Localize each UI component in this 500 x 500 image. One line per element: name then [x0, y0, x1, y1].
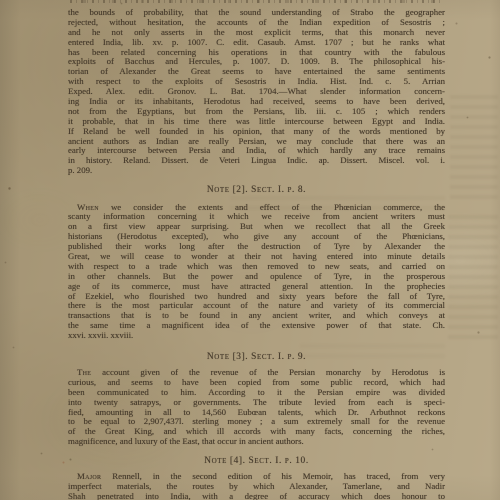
text-column: the bounds of probability, that the soun… — [68, 0, 445, 500]
lead-small-caps-word: The — [77, 367, 91, 377]
note3-heading: Note [3]. Sect. I. p. 9. — [68, 352, 445, 363]
note1-continued-paragraph: the bounds of probability, that the soun… — [68, 8, 445, 176]
text-line: in history. Reland. Dissert. de Veteri L… — [68, 156, 445, 166]
dust-specks — [0, 0, 1, 1]
scanned-book-page: the bounds of probability, that the soun… — [0, 0, 500, 500]
show-through-ghost-text — [448, 215, 498, 345]
text-line: p. 209. — [68, 166, 445, 176]
note4-heading: Note [4]. Sect. I. p. 10. — [68, 456, 445, 467]
note2-paragraph: When we consider the extents and effect … — [68, 203, 445, 341]
note3-paragraph: The account given of the revenue of the … — [68, 368, 445, 447]
lead-small-caps-word: Major — [77, 471, 101, 481]
text-line: Shah penetrated into India, with a degre… — [68, 492, 445, 500]
text-line: xxvi. xxvii. xxviii. — [68, 331, 445, 341]
note4-paragraph: Major Rennell, in the second edition of … — [68, 472, 445, 500]
note2-heading: Note [2]. Sect. I. p. 8. — [68, 185, 445, 196]
show-through-ghost-text — [450, 95, 498, 205]
text-line: magnificence, and luxury of the East, th… — [68, 437, 445, 447]
lead-small-caps-word: When — [77, 202, 99, 212]
